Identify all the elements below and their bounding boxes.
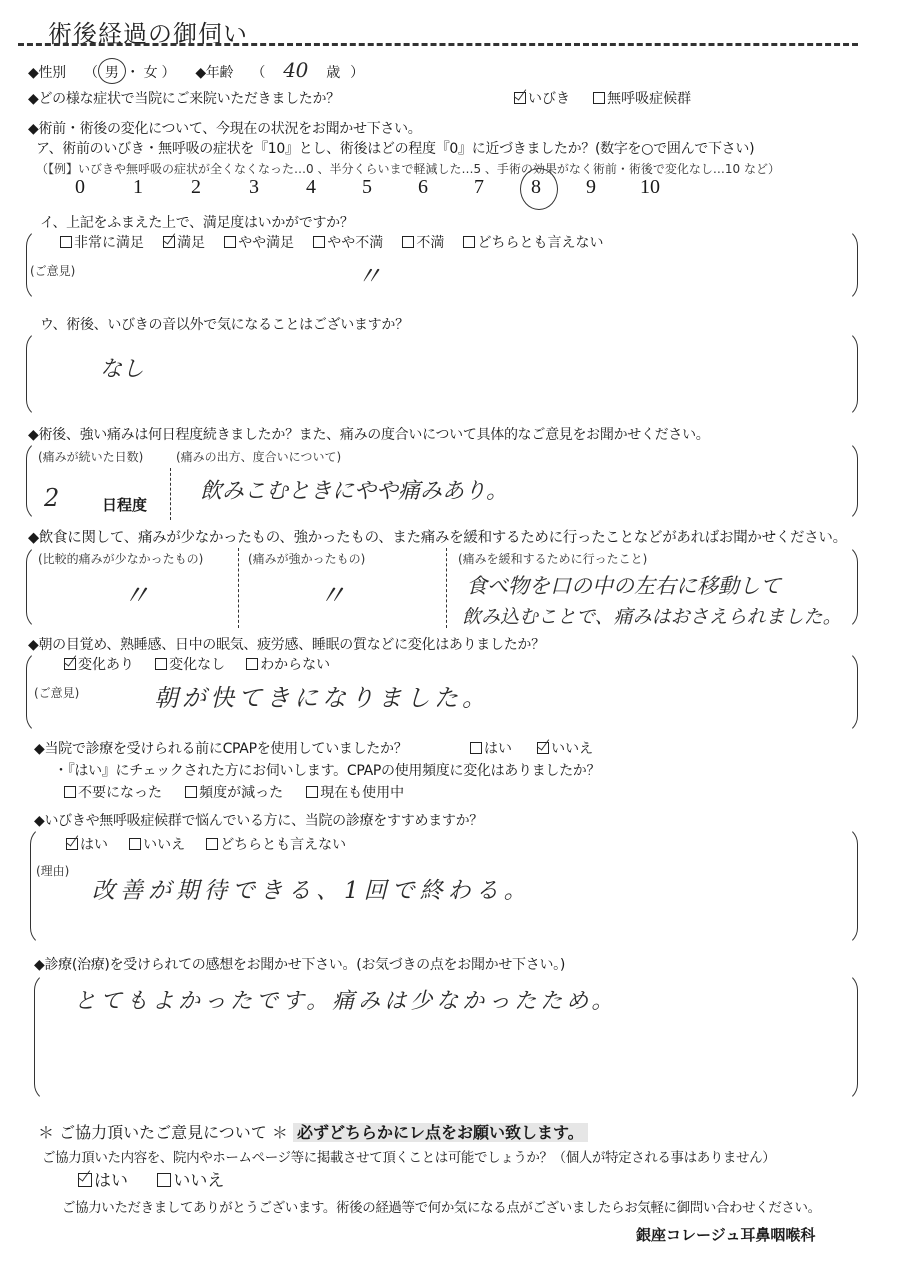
scale-0[interactable]: 0 xyxy=(75,176,85,199)
checkbox-icon xyxy=(129,838,141,850)
checkbox-checked-icon xyxy=(66,838,78,850)
pain-column-divider xyxy=(170,468,171,520)
scale-7[interactable]: 7 xyxy=(474,176,484,199)
selected-circle-icon xyxy=(520,168,558,210)
change-example: （【例】いびきや無呼吸の症状が全くなくなった…0 、半分くらいまで軽減した…5 … xyxy=(36,160,780,177)
pain-days-unit: 日程度 xyxy=(102,494,147,515)
age-value[interactable]: 40 xyxy=(283,58,308,82)
option-frequency-reduced[interactable]: 頻度が減った xyxy=(185,782,283,802)
satisfaction-comment-value[interactable]: 〃 xyxy=(356,256,382,293)
checkbox-checked-icon xyxy=(78,1173,92,1187)
pain-relief-value-line2[interactable]: 飲み込むことで、痛みはおさえられました。 xyxy=(462,602,842,629)
option-dissatisfied[interactable]: 不満 xyxy=(402,232,444,252)
consent-heading-required: 必ずどちらかにレ点をお願い致します。 xyxy=(293,1123,588,1142)
scale-3[interactable]: 3 xyxy=(249,176,259,199)
pain-days-value[interactable]: 2 xyxy=(44,484,59,512)
impressions-question: ◆診療(治療)を受けられての感想をお聞かせ下さい。(お気づきの点をお聞かせ下さい… xyxy=(34,954,565,974)
checkbox-checked-icon xyxy=(64,658,76,670)
visit-reason-question: ◆どの様な症状で当院にご来院いただきましたか？ xyxy=(28,88,340,108)
scale-6[interactable]: 6 xyxy=(418,176,428,199)
satisfaction-options: 非常に満足 満足 やや満足 やや不満 不満 どちらとも言えない xyxy=(60,232,621,252)
checkbox-checked-icon xyxy=(537,742,549,754)
option-very-satisfied[interactable]: 非常に満足 xyxy=(60,232,144,252)
option-recommend-no[interactable]: いいえ xyxy=(129,834,185,854)
option-recommend-yes[interactable]: はい xyxy=(66,834,108,854)
checkbox-icon xyxy=(155,658,167,670)
recommend-reason-value[interactable]: 改善が期待できる、1回で終わる。 xyxy=(92,872,532,905)
option-no-longer-needed[interactable]: 不要になった xyxy=(64,782,162,802)
pain-relief-value-line1[interactable]: 食べ物を口の中の左右に移動して xyxy=(466,570,781,600)
impressions-answer[interactable]: とてもよかったです。痛みは少なかったため。 xyxy=(74,984,617,1015)
change-sub-question: ア、術前のいびき・無呼吸の症状を『10』とし、術後はどの程度『0』に近づきました… xyxy=(36,138,754,158)
change-question: ◆術前・術後の変化について、今現在の状況をお聞かせ下さい。 xyxy=(28,118,422,138)
other-concerns-bracket xyxy=(26,330,858,418)
recommend-options: はい いいえ どちらとも言えない xyxy=(66,834,364,854)
option-somewhat-satisfied[interactable]: やや満足 xyxy=(224,232,294,252)
checkbox-icon xyxy=(64,786,76,798)
option-cpap-yes[interactable]: はい xyxy=(470,738,512,758)
scale-4[interactable]: 4 xyxy=(306,176,316,199)
satisfaction-comment-label: (ご意見) xyxy=(30,262,75,279)
pain-relief-label: (痛みを緩和するために行ったこと) xyxy=(458,550,647,567)
gender-label: ◆性別 xyxy=(28,65,66,81)
cpap-question: ◆当院で診療を受けられる前にCPAPを使用していましたか？ xyxy=(34,738,407,758)
gender-male-option[interactable]: 男 xyxy=(102,62,122,82)
option-still-using[interactable]: 現在も使用中 xyxy=(306,782,404,802)
option-apnea[interactable]: 無呼吸症候群 xyxy=(593,88,691,108)
checkbox-icon xyxy=(224,236,236,248)
food-strong-pain-value[interactable]: 〃 xyxy=(318,574,346,614)
checkbox-icon xyxy=(157,1173,171,1187)
checkbox-icon xyxy=(206,838,218,850)
option-consent-yes[interactable]: はい xyxy=(78,1166,128,1191)
gender-female-option[interactable]: 女 xyxy=(144,65,158,81)
food-strong-pain-label: (痛みが強かったもの) xyxy=(248,550,365,567)
pain-detail-value[interactable]: 飲みこむときにやや痛みあり。 xyxy=(200,474,508,505)
checkbox-icon xyxy=(470,742,482,754)
checkbox-icon xyxy=(313,236,325,248)
consent-question: ご協力頂いた内容を、院内やホームページ等に掲載させて頂くことは可能でしょうか？（… xyxy=(42,1146,775,1166)
change-scale: 0 1 2 3 4 5 6 7 8 9 10 xyxy=(0,176,900,216)
cpap-followup-question: ・『はい』にチェックされた方にお伺いします。CPAPの使用頻度に変化はありました… xyxy=(54,760,600,780)
sleep-comment-label: (ご意見) xyxy=(34,684,79,701)
option-no-change[interactable]: 変化なし xyxy=(155,654,225,674)
age-label: ◆年齢 xyxy=(195,65,233,81)
scale-2[interactable]: 2 xyxy=(191,176,201,199)
visit-reason-options: いびき 無呼吸症候群 xyxy=(514,88,709,108)
other-concerns-answer[interactable]: なし xyxy=(100,352,144,383)
option-unsure[interactable]: わからない xyxy=(246,654,330,674)
consent-options: はい いいえ xyxy=(78,1166,242,1191)
option-somewhat-dissatisfied[interactable]: やや不満 xyxy=(313,232,383,252)
title-divider xyxy=(18,43,858,46)
consent-thanks: ご協力いただきましてありがとうございます。術後の経過等で何か気になる点がございま… xyxy=(62,1196,821,1216)
sleep-options: 変化あり 変化なし わからない xyxy=(64,654,348,674)
checkbox-icon xyxy=(246,658,258,670)
cpap-followup-options: 不要になった 頻度が減った 現在も使用中 xyxy=(64,782,422,802)
food-less-pain-label: (比較的痛みが少なかったもの) xyxy=(38,550,203,567)
food-column-divider-1 xyxy=(238,548,239,628)
checkbox-icon xyxy=(60,236,72,248)
scale-9[interactable]: 9 xyxy=(586,176,596,199)
food-column-divider-2 xyxy=(446,548,447,628)
checkbox-checked-icon xyxy=(163,236,175,248)
option-snoring[interactable]: いびき xyxy=(514,88,570,108)
sleep-comment-value[interactable]: 朝が快てきになりました。 xyxy=(154,678,490,713)
option-consent-no[interactable]: いいえ xyxy=(157,1166,224,1191)
scale-1[interactable]: 1 xyxy=(133,176,143,199)
gender-age-row: ◆性別 （ 男 ・ 女 ） ◆年齢 （ 40 歳 ） xyxy=(28,58,364,82)
option-neither[interactable]: どちらとも言えない xyxy=(463,232,603,252)
scale-10[interactable]: 10 xyxy=(640,176,660,199)
checkbox-icon xyxy=(402,236,414,248)
option-changed[interactable]: 変化あり xyxy=(64,654,134,674)
clinic-name: 銀座コレージュ耳鼻咽喉科 xyxy=(636,1224,815,1245)
checkbox-icon xyxy=(306,786,318,798)
consent-heading: ＊ ご協力頂いたご意見について ＊ 必ずどちらかにレ点をお願い致します。 xyxy=(38,1120,588,1143)
checkbox-icon xyxy=(185,786,197,798)
checkbox-icon xyxy=(593,92,605,104)
food-less-pain-value[interactable]: 〃 xyxy=(122,574,150,614)
checkbox-icon xyxy=(463,236,475,248)
pain-days-label: (痛みが続いた日数) xyxy=(38,448,143,465)
option-cpap-no[interactable]: いいえ xyxy=(537,738,593,758)
checkbox-checked-icon xyxy=(514,92,526,104)
selected-circle-icon xyxy=(98,58,126,84)
consent-heading-left: ＊ ご協力頂いたご意見について ＊ xyxy=(38,1123,288,1142)
recommend-reason-label: (理由) xyxy=(36,862,69,879)
option-satisfied[interactable]: 満足 xyxy=(163,232,205,252)
cpap-options: はい いいえ xyxy=(470,738,611,758)
option-recommend-neither[interactable]: どちらとも言えない xyxy=(206,834,346,854)
pain-detail-label: (痛みの出方、度合いについて) xyxy=(176,448,341,465)
scale-5[interactable]: 5 xyxy=(362,176,372,199)
